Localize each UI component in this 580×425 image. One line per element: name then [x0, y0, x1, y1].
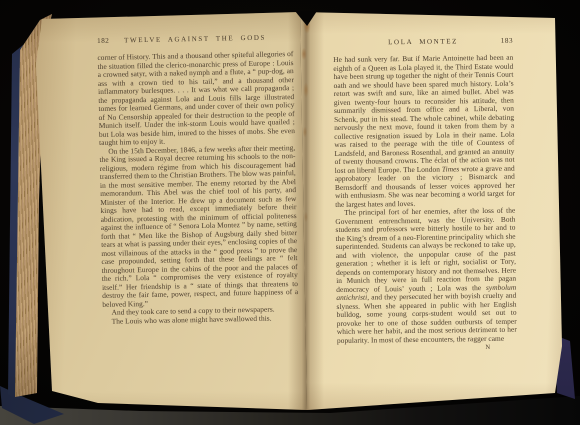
- paragraph: The principal fort of her enemies, after…: [335, 207, 517, 345]
- open-book-photo: 182 TWELVE AGAINST THE GODS corner of Hi…: [0, 0, 580, 425]
- right-header-title: LOLA MONTEZ: [333, 37, 513, 47]
- right-page-number: 183: [501, 37, 513, 45]
- left-page-content: 182 TWELVE AGAINST THE GODS corner of Hi…: [97, 33, 299, 326]
- right-page-text: He had sunk very far. But if Marie Antoi…: [333, 54, 517, 345]
- left-page-number: 182: [97, 37, 109, 45]
- paragraph: On the 15th December, 1846, a few weeks …: [99, 144, 298, 309]
- paragraph: He had sunk very far. But if Marie Antoi…: [333, 54, 515, 209]
- paragraph: corner of History. This and a thousand o…: [97, 50, 295, 147]
- right-page-content: LOLA MONTEZ 183 He had sunk very far. Bu…: [333, 37, 517, 353]
- left-page-text: corner of History. This and a thousand o…: [97, 50, 298, 326]
- right-running-header: LOLA MONTEZ 183: [333, 37, 513, 49]
